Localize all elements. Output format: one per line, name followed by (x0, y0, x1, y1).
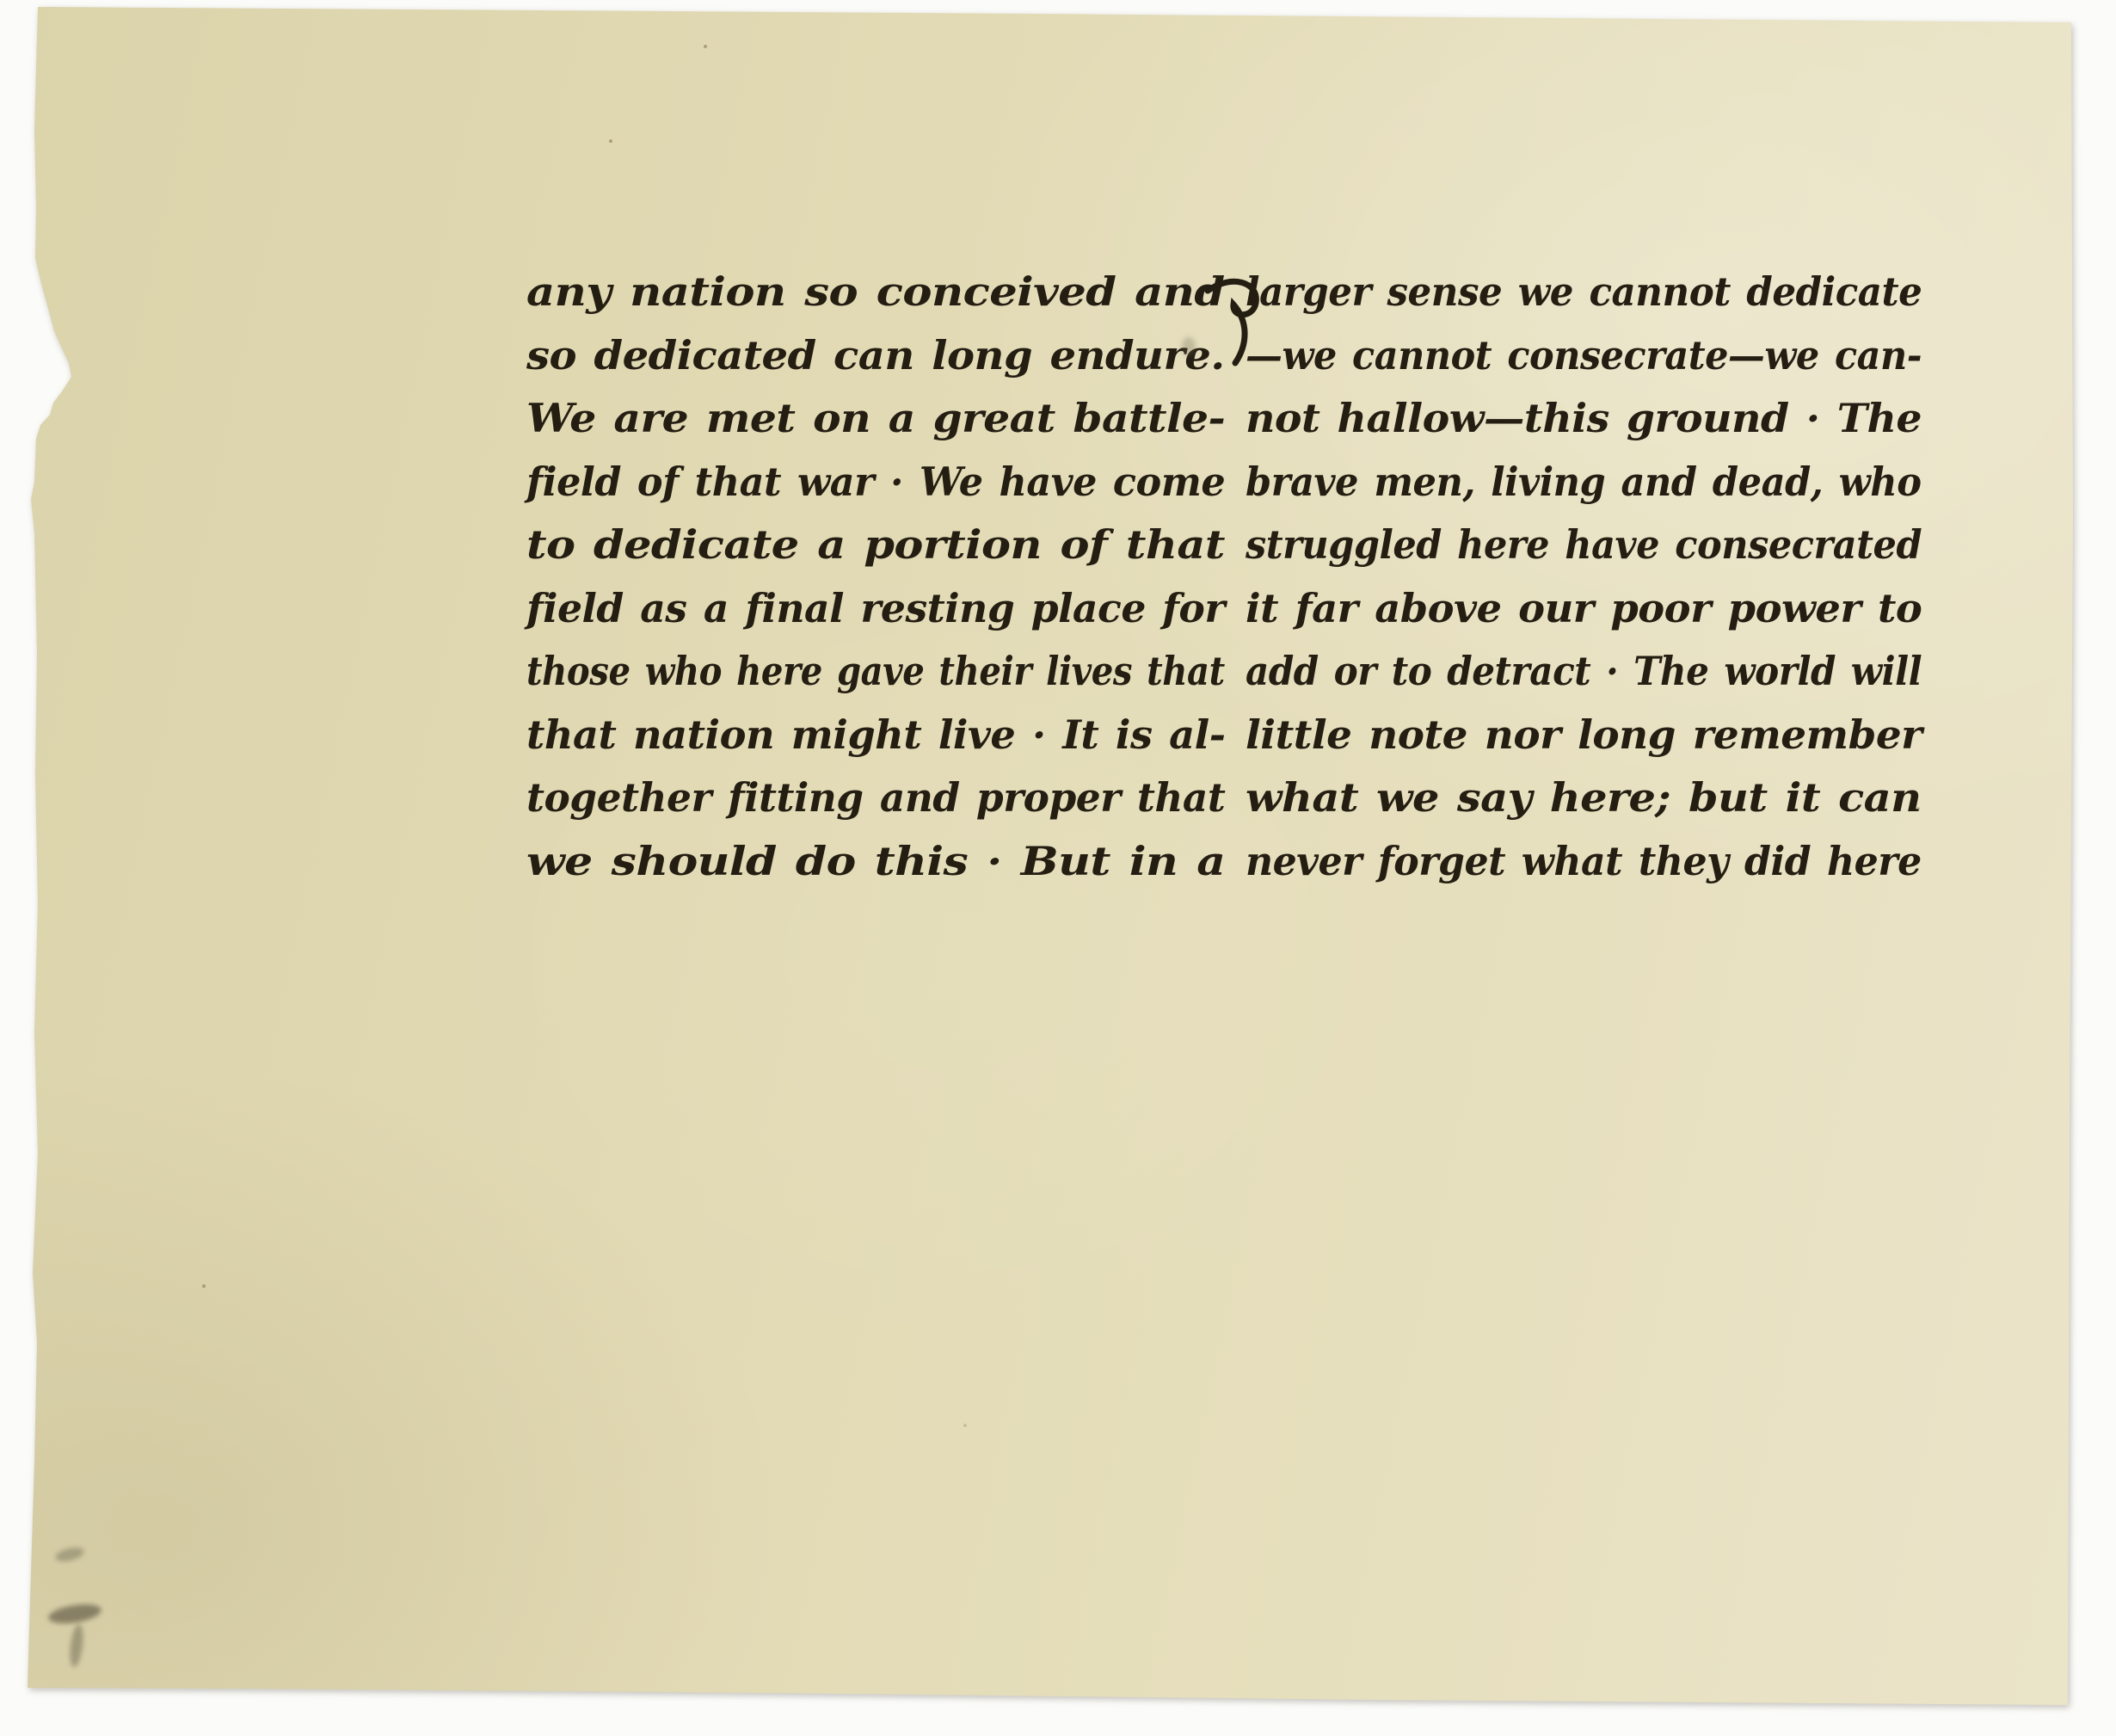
manuscript-line: it far above our poor power to (1246, 577, 1922, 641)
manuscript-line: so dedicated can long endure. (526, 324, 1225, 388)
manuscript-line: to dedicate a portion of that (526, 514, 1225, 577)
manuscript-line: those who here gave their lives that (526, 640, 1225, 704)
manuscript-line: that nation might live · It is al- (526, 704, 1225, 767)
paper-speck (1639, 348, 1642, 352)
manuscript-line: never forget what they did here (1246, 830, 1922, 894)
manuscript-line: struggled here have consecrated (1246, 514, 1922, 577)
ink-smear (1182, 337, 1196, 356)
manuscript-line: any nation so conceived and (526, 261, 1225, 324)
paper-speck (609, 139, 612, 143)
manuscript-line: little note nor long remember (1246, 704, 1922, 767)
manuscript-line: larger sense we cannot dedicate (1246, 261, 1922, 324)
pen-flourish (1203, 277, 1271, 376)
paper-speck (704, 45, 707, 48)
manuscript-line: together fitting and proper that (526, 766, 1225, 830)
manuscript-line: We are met on a great battle- (526, 387, 1225, 451)
manuscript-line: we should do this · But in a (526, 830, 1225, 894)
manuscript-line: brave men, living and dead, who (1246, 451, 1922, 514)
manuscript-line: what we say here; but it can (1246, 766, 1921, 830)
scanned-manuscript-page: any nation so conceived and so dedicated… (0, 0, 2116, 1736)
paper-speck (963, 1424, 967, 1427)
manuscript-line: not hallow—this ground · The (1246, 387, 1922, 451)
manuscript-line: field of that war · We have come (526, 451, 1225, 514)
paper-speck (1916, 807, 1920, 810)
text-column-right: larger sense we cannot dedicate —we cann… (1246, 261, 1984, 893)
manuscript-line: field as a final resting place for (526, 577, 1225, 641)
paper-speck (202, 1284, 206, 1288)
manuscript-line: —we cannot consecrate—we can- (1246, 324, 1922, 388)
manuscript-line: add or to detract · The world will (1246, 640, 1922, 704)
